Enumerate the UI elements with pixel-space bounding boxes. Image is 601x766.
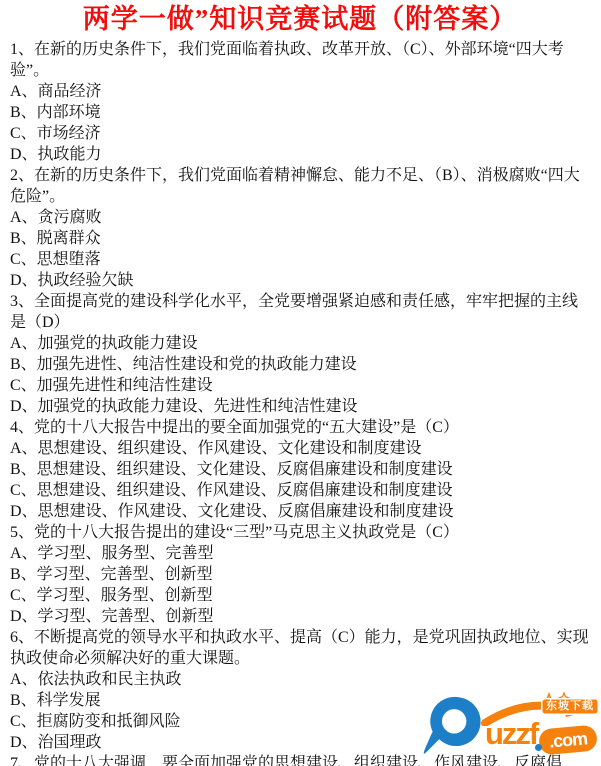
- question-text: 4、党的十八大报告中提出的要全面加强党的“五大建设”是（C）: [10, 417, 590, 438]
- option-text: D、学习型、完善型、创新型: [10, 606, 590, 627]
- option-text: D、执政能力: [10, 144, 590, 165]
- question-text: 2、在新的历史条件下，我们党面临着精神懈怠、能力不足、（B）、消极腐败“四大危险…: [10, 165, 590, 207]
- question-text: 5、党的十八大报告提出的建设“三型”马克思主义执政党是（C）: [10, 522, 590, 543]
- option-text: C、加强先进性和纯洁性建设: [10, 375, 590, 396]
- option-text: C、思想堕落: [10, 249, 590, 270]
- option-text: B、科学发展: [10, 690, 590, 711]
- option-text: A、商品经济: [10, 81, 590, 102]
- option-text: D、思想建设、作风建设、文化建设、反腐倡廉建设和制度建设: [10, 501, 590, 522]
- option-text: B、学习型、完善型、创新型: [10, 564, 590, 585]
- question-text: 3、全面提高党的建设科学化水平，全党要增强紧迫感和责任感，牢牢把握的主线是（D）: [10, 291, 590, 333]
- question-text: 6、不断提高党的领导水平和执政水平、提高（C）能力，是党巩固执政地位、实现执政使…: [10, 627, 590, 669]
- question-text: 1、在新的历史条件下，我们党面临着执政、改革开放、（C）、外部环境“四大考验”。: [10, 39, 590, 81]
- option-text: B、脱离群众: [10, 228, 590, 249]
- option-text: C、拒腐防变和抵御风险: [10, 711, 590, 732]
- question-block-7: 7、党的十八大强调，要全面加强党的思想建设、组织建设、作风建设、反腐倡: [10, 753, 590, 766]
- question-block-4: 4、党的十八大报告中提出的要全面加强党的“五大建设”是（C） A、思想建设、组织…: [10, 417, 590, 522]
- question-block-1: 1、在新的历史条件下，我们党面临着执政、改革开放、（C）、外部环境“四大考验”。…: [10, 39, 590, 165]
- option-text: A、依法执政和民主执政: [10, 669, 590, 690]
- option-text: A、贪污腐败: [10, 207, 590, 228]
- option-text: C、学习型、服务型、创新型: [10, 585, 590, 606]
- option-text: D、治国理政: [10, 732, 590, 753]
- option-text: B、加强先进性、纯洁性建设和党的执政能力建设: [10, 354, 590, 375]
- option-text: C、思想建设、组织建设、作风建设、反腐倡廉建设和制度建设: [10, 480, 590, 501]
- page-title: 两学一做”知识竞赛试题（附答案）: [10, 3, 590, 35]
- question-block-3: 3、全面提高党的建设科学化水平，全党要增强紧迫感和责任感，牢牢把握的主线是（D）…: [10, 291, 590, 417]
- question-block-5: 5、党的十八大报告提出的建设“三型”马克思主义执政党是（C） A、学习型、服务型…: [10, 522, 590, 627]
- option-text: B、内部环境: [10, 102, 590, 123]
- option-text: D、加强党的执政能力建设、先进性和纯洁性建设: [10, 396, 590, 417]
- option-text: B、思想建设、组织建设、文化建设、反腐倡廉建设和制度建设: [10, 459, 590, 480]
- option-text: A、加强党的执政能力建设: [10, 333, 590, 354]
- option-text: A、思想建设、组织建设、作风建设、文化建设和制度建设: [10, 438, 590, 459]
- question-block-6: 6、不断提高党的领导水平和执政水平、提高（C）能力，是党巩固执政地位、实现执政使…: [10, 627, 590, 753]
- option-text: A、学习型、服务型、完善型: [10, 543, 590, 564]
- question-text: 7、党的十八大强调，要全面加强党的思想建设、组织建设、作风建设、反腐倡: [10, 753, 590, 766]
- option-text: D、执政经验欠缺: [10, 270, 590, 291]
- option-text: C、市场经济: [10, 123, 590, 144]
- question-block-2: 2、在新的历史条件下，我们党面临着精神懈怠、能力不足、（B）、消极腐败“四大危险…: [10, 165, 590, 291]
- quiz-document: 两学一做”知识竞赛试题（附答案） 1、在新的历史条件下，我们党面临着执政、改革开…: [0, 3, 601, 766]
